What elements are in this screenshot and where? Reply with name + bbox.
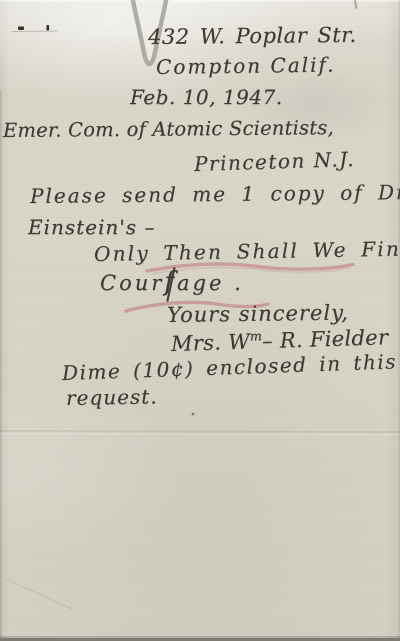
postscript-line-2: request. [66,384,158,410]
top-edge-highlight [0,0,400,2]
signoff-line: Yours sincerely, [167,300,349,327]
staple-hole-right [47,25,50,31]
fold-crease [0,431,400,432]
letter-scan: 432 W. Poplar Str. Compton Calif. Feb. 1… [0,0,400,641]
signature-superscript: m [250,328,262,343]
bottom-edge-shadow [0,636,400,638]
staple-crease [12,31,58,32]
staple-hole-left [18,27,24,31]
request-line: Please send me 1 copy of Dr. [30,180,400,208]
left-edge-shadow [0,90,2,641]
author-name-line: Einstein's – [28,215,155,239]
ink-speck [192,413,195,416]
title-word-post: age . [177,271,244,295]
recipient-org-line: Emer. Com. of Atomic Scientists, [3,116,334,142]
signature-pre: Mrs. W [171,330,251,356]
recipient-city-line: Princeton N.J. [194,147,356,176]
address-city-line: Compton Calif. [156,52,336,79]
corner-crease [6,579,72,609]
date-line: Feb. 10, 1947. [130,85,283,109]
signature-post: – R. Fielder [262,325,389,353]
struck-out-letter: f [164,272,177,293]
address-street-line: 432 W. Poplar Str. [148,23,357,49]
pamphlet-title-line-2: Courfage . [100,271,244,295]
fold-crease-highlight [0,434,400,435]
title-word-pre: Cour [100,271,164,295]
